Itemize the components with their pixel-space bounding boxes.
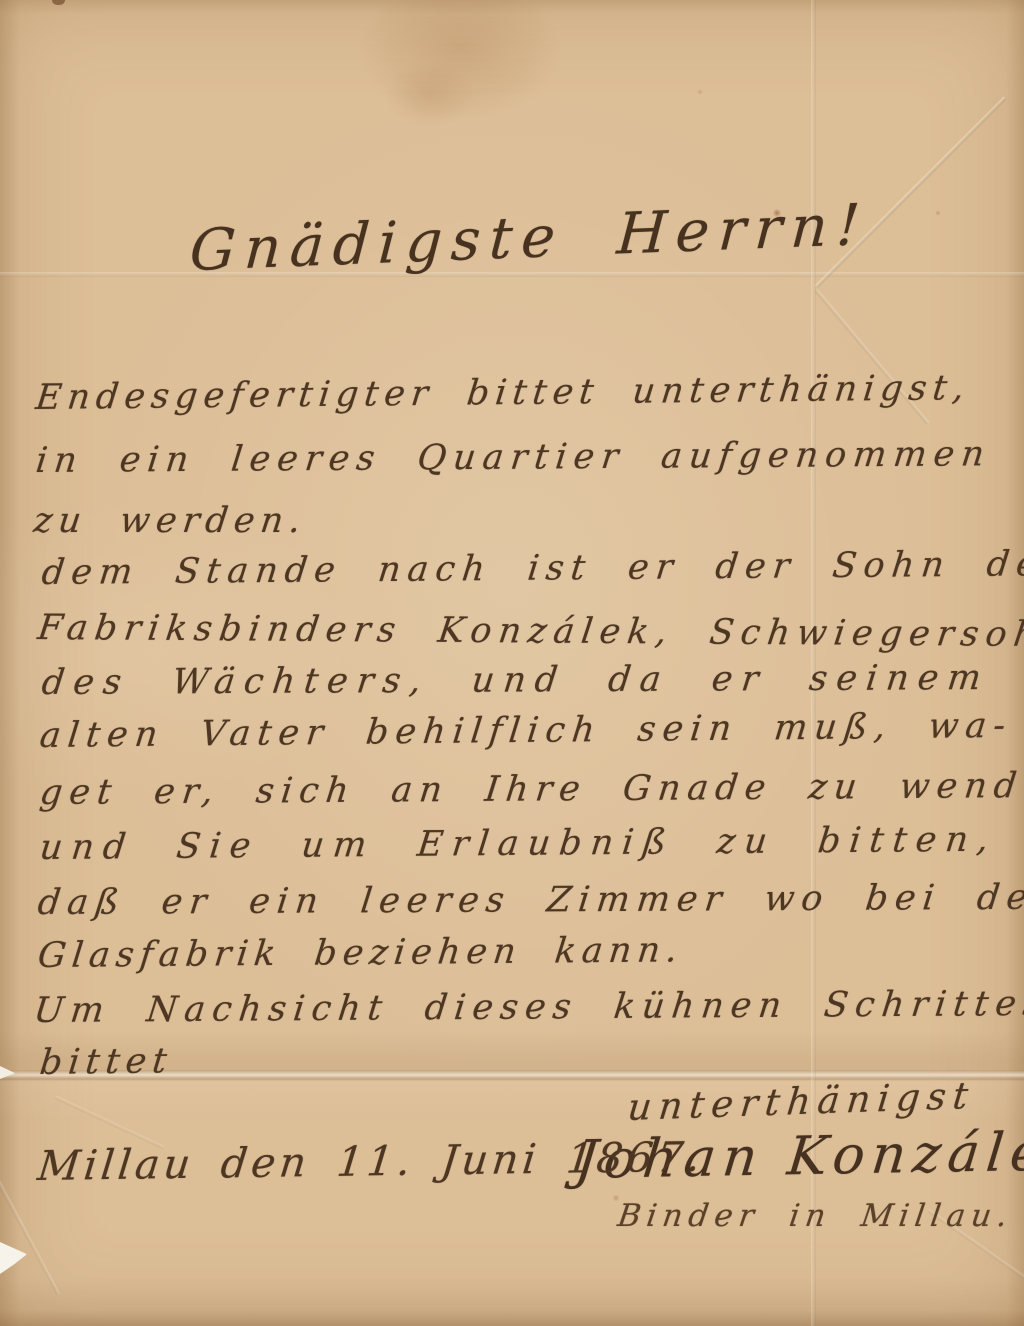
body-line-13: bittet	[38, 1041, 175, 1083]
body-line-9: und Sie um Erlaubniß zu bitten,	[38, 820, 1000, 868]
body-line-7: alten Vater behilflich sein muß, wa-	[38, 706, 1015, 756]
letter-dateline: Millau den 11. Juni 1867.	[35, 1133, 706, 1190]
body-line-11: Glasfabrik beziehen kann.	[36, 930, 686, 976]
body-line-3: zu werden.	[32, 501, 309, 541]
fold-crease-horizontal-top	[0, 272, 1024, 277]
letter-signature-role: Binder in Millau.	[615, 1198, 1015, 1234]
body-line-2: in ein leeres Quartier aufgenommen	[34, 434, 994, 481]
body-line-12: Um Nachsicht dieses kühnen Schrittes	[32, 984, 1024, 1031]
letter-page: Gnädigste Herrn! Endesgefertigter bittet…	[0, 0, 1024, 1326]
letter-salutation: Gnädigste Herrn!	[188, 192, 871, 284]
paper-tear-left-edge	[0, 1066, 15, 1079]
body-line-1: Endesgefertigter bittet unterthänigst,	[34, 368, 972, 418]
body-line-4: dem Stande nach ist er der Sohn des	[40, 544, 1024, 593]
body-line-5: Fabriksbinders Konzálek, Schwiegersohn	[35, 608, 1024, 655]
paper-notch-top-edge	[52, 0, 65, 5]
paper-tear-bottom-left	[0, 1242, 27, 1274]
body-line-8: get er, sich an Ihre Gnade zu wenden	[38, 766, 1024, 813]
body-line-10: daß er ein leeres Zimmer wo bei der	[36, 878, 1024, 923]
body-line-6: des Wächters, und da er seinem	[40, 658, 992, 703]
letter-valediction: unterthänigst	[626, 1074, 977, 1129]
